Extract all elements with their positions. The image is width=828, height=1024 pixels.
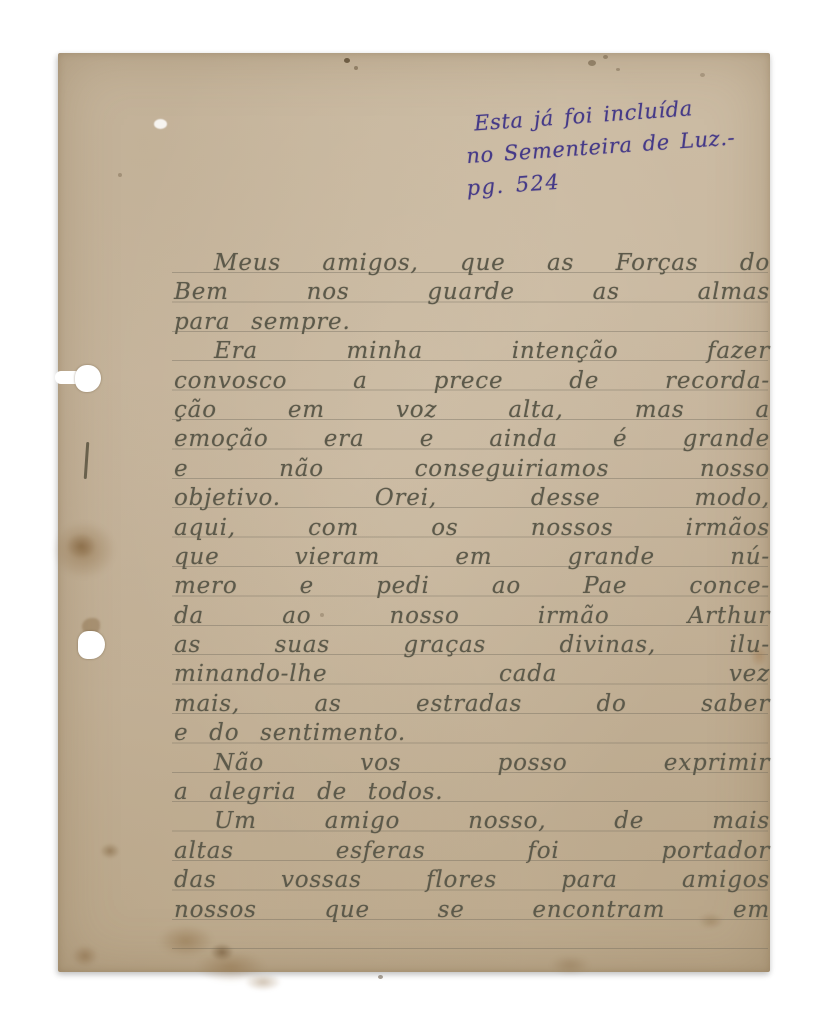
punch-hole-bottom (78, 631, 105, 659)
letter-line: Era minha intenção fazer (174, 337, 770, 366)
letter-page: Esta já foi incluída no Sementeira de Lu… (58, 53, 770, 972)
ink-annotation: Esta já foi incluída no Sementeira de Lu… (473, 87, 779, 204)
letter-line: para sempre. (174, 308, 770, 337)
letter-line: a alegria de todos. (174, 778, 770, 807)
foxing-speck (344, 58, 350, 63)
letter-body: Meus amigos, que as Forças doBem nos gua… (174, 249, 770, 925)
punch-hole-top (75, 365, 101, 392)
foxing-speck (603, 55, 608, 59)
scratch-mark (84, 442, 90, 479)
stain (244, 973, 282, 991)
letter-line: Um amigo nosso, de mais (174, 807, 770, 836)
white-fleck (154, 119, 167, 129)
stain (66, 533, 96, 559)
letter-line: da ao nosso irmão Arthur (174, 602, 770, 631)
letter-line: Meus amigos, que as Forças do (174, 249, 770, 278)
stain (210, 943, 234, 961)
foxing-speck (378, 975, 383, 979)
letter-line: e do sentimento. (174, 719, 770, 748)
stain (550, 955, 590, 975)
letter-line: as suas graças divinas, ilu- (174, 631, 770, 660)
letter-line: Não vos posso exprimir (174, 749, 770, 778)
foxing-speck (700, 73, 705, 77)
stain (100, 843, 120, 859)
letter-line: mais, as estradas do saber (174, 690, 770, 719)
letter-line: convosco a prece de recorda- (174, 367, 770, 396)
letter-line: minando-lhe cada vez (174, 660, 770, 689)
letter-line: mero e pedi ao Pae conce- (174, 572, 770, 601)
stain (72, 945, 98, 967)
stain (196, 951, 266, 983)
letter-line: emoção era e ainda é grande (174, 425, 770, 454)
letter-line: e não conseguiriamos nosso (174, 455, 770, 484)
letter-line: altas esferas foi portador (174, 837, 770, 866)
letter-line: ção em voz alta, mas a (174, 396, 770, 425)
stain (52, 521, 116, 579)
foxing-speck (118, 173, 122, 177)
letter-line: das vossas flores para amigos (174, 866, 770, 895)
letter-line: aqui, com os nossos irmãos (174, 514, 770, 543)
letter-line: nossos que se encontram em (174, 896, 770, 925)
foxing-speck (588, 60, 596, 66)
letter-line: Bem nos guarde as almas (174, 278, 770, 307)
letter-line: que vieram em grande nú- (174, 543, 770, 572)
letter-line: objetivo. Orei, desse modo, (174, 484, 770, 513)
foxing-speck (616, 68, 620, 71)
stain (158, 925, 214, 957)
foxing-speck (354, 66, 358, 70)
